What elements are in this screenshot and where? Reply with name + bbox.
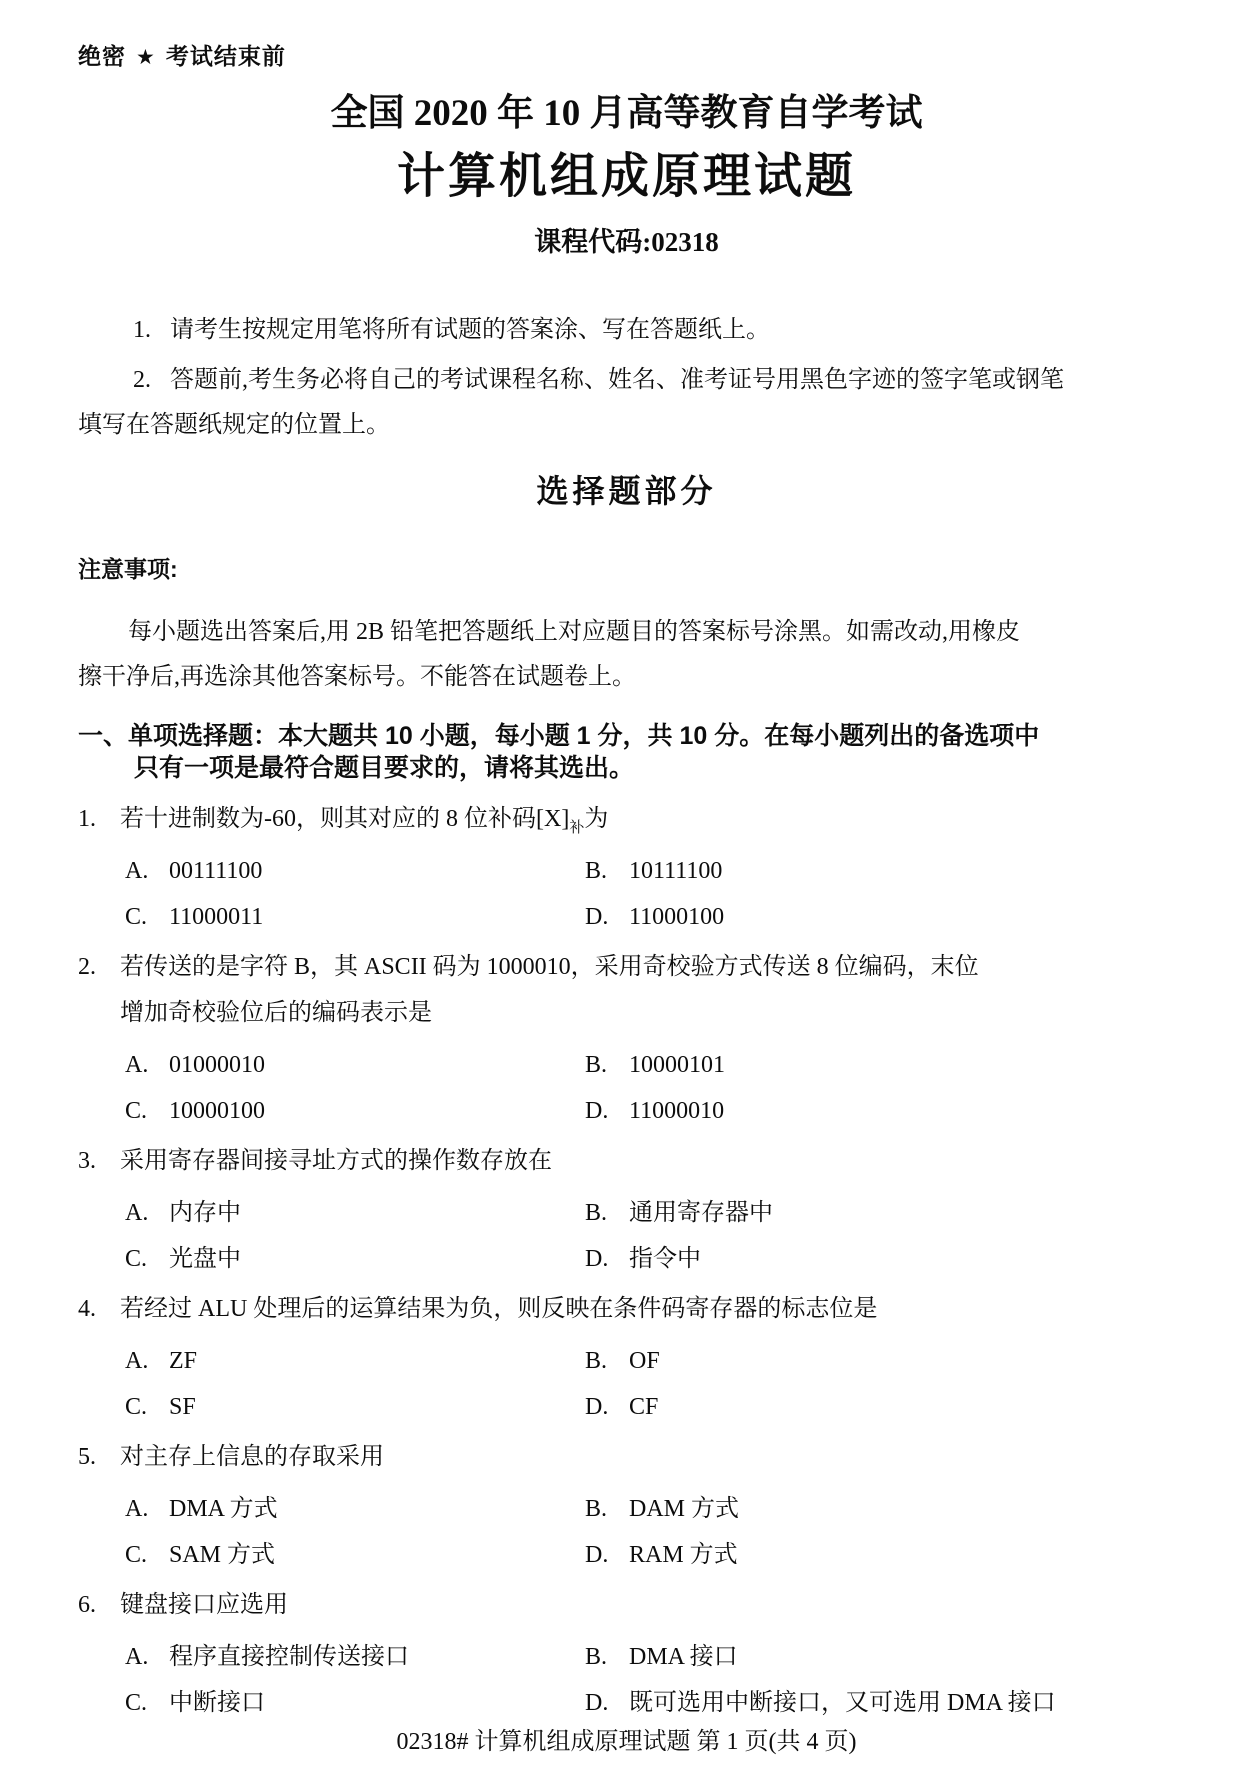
question-2-option-b: B.10000101 <box>585 1042 725 1088</box>
question-3-option-b: B.通用寄存器中 <box>585 1190 773 1236</box>
question-1-option-a: A.00111100 <box>125 848 585 894</box>
option-text: 11000100 <box>629 894 724 940</box>
question-5-option-d: D.RAM 方式 <box>585 1532 738 1578</box>
question-2: 2.若传送的是字符 B，其 ASCII 码为 1000010，采用奇校验方式传送… <box>0 944 1253 1134</box>
option-label: B. <box>585 1486 629 1532</box>
question-1-stem-text: 若十进制数为-60，则其对应的 8 位补码[X] <box>120 806 569 832</box>
question-2-options-row-1: A.01000010 B.10000101 <box>125 1042 1253 1088</box>
mc-section-header-line-1: 一、单项选择题：本大题共 10 小题，每小题 1 分，共 10 分。在每小题列出… <box>78 720 1213 752</box>
question-3-stem: 3.采用寄存器间接寻址方式的操作数存放在 <box>78 1138 1253 1184</box>
instruction-item-1: 1.请考生按规定用笔将所有试题的答案涂、写在答题纸上。 <box>133 308 1193 353</box>
question-4-option-a: A.ZF <box>125 1338 585 1384</box>
option-label: B. <box>585 848 629 894</box>
exam-title: 全国 2020 年 10 月高等教育自学考试 <box>0 90 1253 138</box>
instruction-1-number: 1. <box>133 308 170 353</box>
question-5-option-a: A.DMA 方式 <box>125 1486 585 1532</box>
question-1-option-b: B.10111100 <box>585 848 722 894</box>
option-text: 01000010 <box>169 1042 265 1088</box>
option-label: C. <box>125 1088 169 1134</box>
question-2-options-row-2: C.10000100 D.11000010 <box>125 1088 1253 1134</box>
question-4-options-row-2: C.SF D.CF <box>125 1384 1253 1430</box>
question-5-options-row-2: C.SAM 方式 D.RAM 方式 <box>125 1532 1253 1578</box>
question-6-stem: 6.键盘接口应选用 <box>78 1582 1253 1628</box>
question-3-option-c: C.光盘中 <box>125 1236 585 1282</box>
notice-line-2: 擦干净后,再选涂其他答案标号。不能答在试题卷上。 <box>78 655 1193 700</box>
option-text: 10000100 <box>169 1088 265 1134</box>
question-2-option-d: D.11000010 <box>585 1088 724 1134</box>
question-5-stem: 5.对主存上信息的存取采用 <box>78 1434 1253 1480</box>
question-4-stem: 4.若经过 ALU 处理后的运算结果为负，则反映在条件码寄存器的标志位是 <box>78 1286 1253 1332</box>
option-text: SAM 方式 <box>169 1532 275 1578</box>
question-4-options-row-1: A.ZF B.OF <box>125 1338 1253 1384</box>
question-1-stem-tail: 为 <box>584 806 608 832</box>
question-6-option-a: A.程序直接控制传送接口 <box>125 1634 585 1680</box>
option-text: DMA 方式 <box>169 1486 278 1532</box>
question-6-options-row-2: C.中断接口 D.既可选用中断接口，又可选用 DMA 接口 <box>125 1680 1253 1726</box>
question-6: 6.键盘接口应选用 A.程序直接控制传送接口 B.DMA 接口 C.中断接口 D… <box>0 1582 1253 1726</box>
question-4-option-d: D.CF <box>585 1384 658 1430</box>
option-label: D. <box>585 1088 629 1134</box>
question-3: 3.采用寄存器间接寻址方式的操作数存放在 A.内存中 B.通用寄存器中 C.光盘… <box>0 1138 1253 1282</box>
option-label: A. <box>125 1634 169 1680</box>
option-label: C. <box>125 894 169 940</box>
option-text: 指令中 <box>629 1236 701 1282</box>
option-label: B. <box>585 1042 629 1088</box>
question-3-option-a: A.内存中 <box>125 1190 585 1236</box>
notice-heading: 注意事项: <box>78 554 1253 584</box>
secrecy-banner: 绝密★考试结束前 <box>78 42 1253 72</box>
option-label: A. <box>125 848 169 894</box>
option-label: D. <box>585 1384 629 1430</box>
question-3-options-row-1: A.内存中 B.通用寄存器中 <box>125 1190 1253 1236</box>
option-text: 光盘中 <box>169 1236 241 1282</box>
option-text: 程序直接控制传送接口 <box>169 1634 409 1680</box>
option-text: CF <box>629 1384 658 1430</box>
question-4-number: 4. <box>78 1286 120 1332</box>
question-5-option-c: C.SAM 方式 <box>125 1532 585 1578</box>
question-3-stem-text: 采用寄存器间接寻址方式的操作数存放在 <box>120 1148 552 1174</box>
question-6-option-b: B.DMA 接口 <box>585 1634 738 1680</box>
instruction-item-2: 2.答题前,考生务必将自己的考试课程名称、姓名、准考证号用黑色字迹的签字笔或钢笔 <box>133 358 1213 403</box>
page-footer: 02318# 计算机组成原理试题 第 1 页(共 4 页) <box>0 1726 1253 1758</box>
option-text: DMA 接口 <box>629 1634 738 1680</box>
question-1: 1.若十进制数为-60，则其对应的 8 位补码[X]补为 A.00111100 … <box>0 796 1253 940</box>
option-text: 11000010 <box>629 1088 724 1134</box>
option-text: 00111100 <box>169 848 262 894</box>
question-6-number: 6. <box>78 1582 120 1628</box>
exam-paper-page: 绝密★考试结束前 全国 2020 年 10 月高等教育自学考试 计算机组成原理试… <box>0 0 1253 1770</box>
question-6-option-c: C.中断接口 <box>125 1680 585 1726</box>
option-text: ZF <box>169 1338 197 1384</box>
question-3-options-row-2: C.光盘中 D.指令中 <box>125 1236 1253 1282</box>
paper-title: 计算机组成原理试题 <box>0 146 1253 208</box>
question-1-options-row-2: C.11000011 D.11000100 <box>125 894 1253 940</box>
course-code: 课程代码:02318 <box>0 224 1253 260</box>
instruction-1-text: 请考生按规定用笔将所有试题的答案涂、写在答题纸上。 <box>170 317 770 343</box>
option-label: A. <box>125 1338 169 1384</box>
option-text: DAM 方式 <box>629 1486 739 1532</box>
option-label: A. <box>125 1042 169 1088</box>
question-1-option-d: D.11000100 <box>585 894 724 940</box>
option-text: RAM 方式 <box>629 1532 738 1578</box>
option-label: D. <box>585 1532 629 1578</box>
question-5: 5.对主存上信息的存取采用 A.DMA 方式 B.DAM 方式 C.SAM 方式… <box>0 1434 1253 1578</box>
secrecy-label: 绝密 <box>78 43 126 69</box>
question-5-option-b: B.DAM 方式 <box>585 1486 739 1532</box>
question-4: 4.若经过 ALU 处理后的运算结果为负，则反映在条件码寄存器的标志位是 A.Z… <box>0 1286 1253 1430</box>
option-text: 既可选用中断接口，又可选用 DMA 接口 <box>629 1680 1056 1726</box>
question-1-option-c: C.11000011 <box>125 894 585 940</box>
option-label: D. <box>585 1680 629 1726</box>
question-6-options-row-1: A.程序直接控制传送接口 B.DMA 接口 <box>125 1634 1253 1680</box>
option-label: B. <box>585 1190 629 1236</box>
option-text: 10111100 <box>629 848 722 894</box>
secrecy-suffix: 考试结束前 <box>166 43 286 69</box>
option-text: 内存中 <box>169 1190 241 1236</box>
instruction-item-2-continuation: 填写在答题纸规定的位置上。 <box>78 403 1193 448</box>
question-6-stem-text: 键盘接口应选用 <box>120 1592 288 1618</box>
option-label: A. <box>125 1190 169 1236</box>
question-4-option-c: C.SF <box>125 1384 585 1430</box>
section-part-title: 选择题部分 <box>0 470 1253 512</box>
option-label: B. <box>585 1634 629 1680</box>
question-6-option-d: D.既可选用中断接口，又可选用 DMA 接口 <box>585 1680 1056 1726</box>
question-1-options-row-1: A.00111100 B.10111100 <box>125 848 1253 894</box>
option-text: 中断接口 <box>169 1680 265 1726</box>
question-1-stem-subscript: 补 <box>569 820 584 836</box>
option-label: D. <box>585 1236 629 1282</box>
star-icon: ★ <box>126 46 166 69</box>
option-text: 10000101 <box>629 1042 725 1088</box>
mc-section-header-line-2: 只有一项是最符合题目要求的，请将其选出。 <box>134 752 1193 784</box>
option-label: C. <box>125 1384 169 1430</box>
question-3-number: 3. <box>78 1138 120 1184</box>
question-4-option-b: B.OF <box>585 1338 660 1384</box>
question-2-option-a: A.01000010 <box>125 1042 585 1088</box>
notice-line-1: 每小题选出答案后,用 2B 铅笔把答题纸上对应题目的答案标号涂黑。如需改动,用橡… <box>78 610 1198 655</box>
question-5-stem-text: 对主存上信息的存取采用 <box>120 1444 384 1470</box>
question-5-options-row-1: A.DMA 方式 B.DAM 方式 <box>125 1486 1253 1532</box>
option-text: 11000011 <box>169 894 263 940</box>
question-2-number: 2. <box>78 944 120 990</box>
question-2-stem-text: 若传送的是字符 B，其 ASCII 码为 1000010，采用奇校验方式传送 8… <box>120 954 979 980</box>
option-text: 通用寄存器中 <box>629 1190 773 1236</box>
option-label: C. <box>125 1680 169 1726</box>
option-label: C. <box>125 1532 169 1578</box>
option-label: D. <box>585 894 629 940</box>
question-2-stem: 2.若传送的是字符 B，其 ASCII 码为 1000010，采用奇校验方式传送… <box>78 944 1253 990</box>
option-label: B. <box>585 1338 629 1384</box>
option-label: C. <box>125 1236 169 1282</box>
question-1-stem: 1.若十进制数为-60，则其对应的 8 位补码[X]补为 <box>78 796 1253 842</box>
option-label: A. <box>125 1486 169 1532</box>
question-2-stem-line-2: 增加奇校验位后的编码表示是 <box>120 990 1253 1036</box>
question-3-option-d: D.指令中 <box>585 1236 701 1282</box>
instruction-2-number: 2. <box>133 358 170 403</box>
instruction-2-text: 答题前,考生务必将自己的考试课程名称、姓名、准考证号用黑色字迹的签字笔或钢笔 <box>170 367 1064 393</box>
question-4-stem-text: 若经过 ALU 处理后的运算结果为负，则反映在条件码寄存器的标志位是 <box>120 1296 877 1322</box>
option-text: SF <box>169 1384 196 1430</box>
question-2-option-c: C.10000100 <box>125 1088 585 1134</box>
option-text: OF <box>629 1338 660 1384</box>
question-list: 1.若十进制数为-60，则其对应的 8 位补码[X]补为 A.00111100 … <box>0 796 1253 1726</box>
question-1-number: 1. <box>78 796 120 842</box>
question-5-number: 5. <box>78 1434 120 1480</box>
